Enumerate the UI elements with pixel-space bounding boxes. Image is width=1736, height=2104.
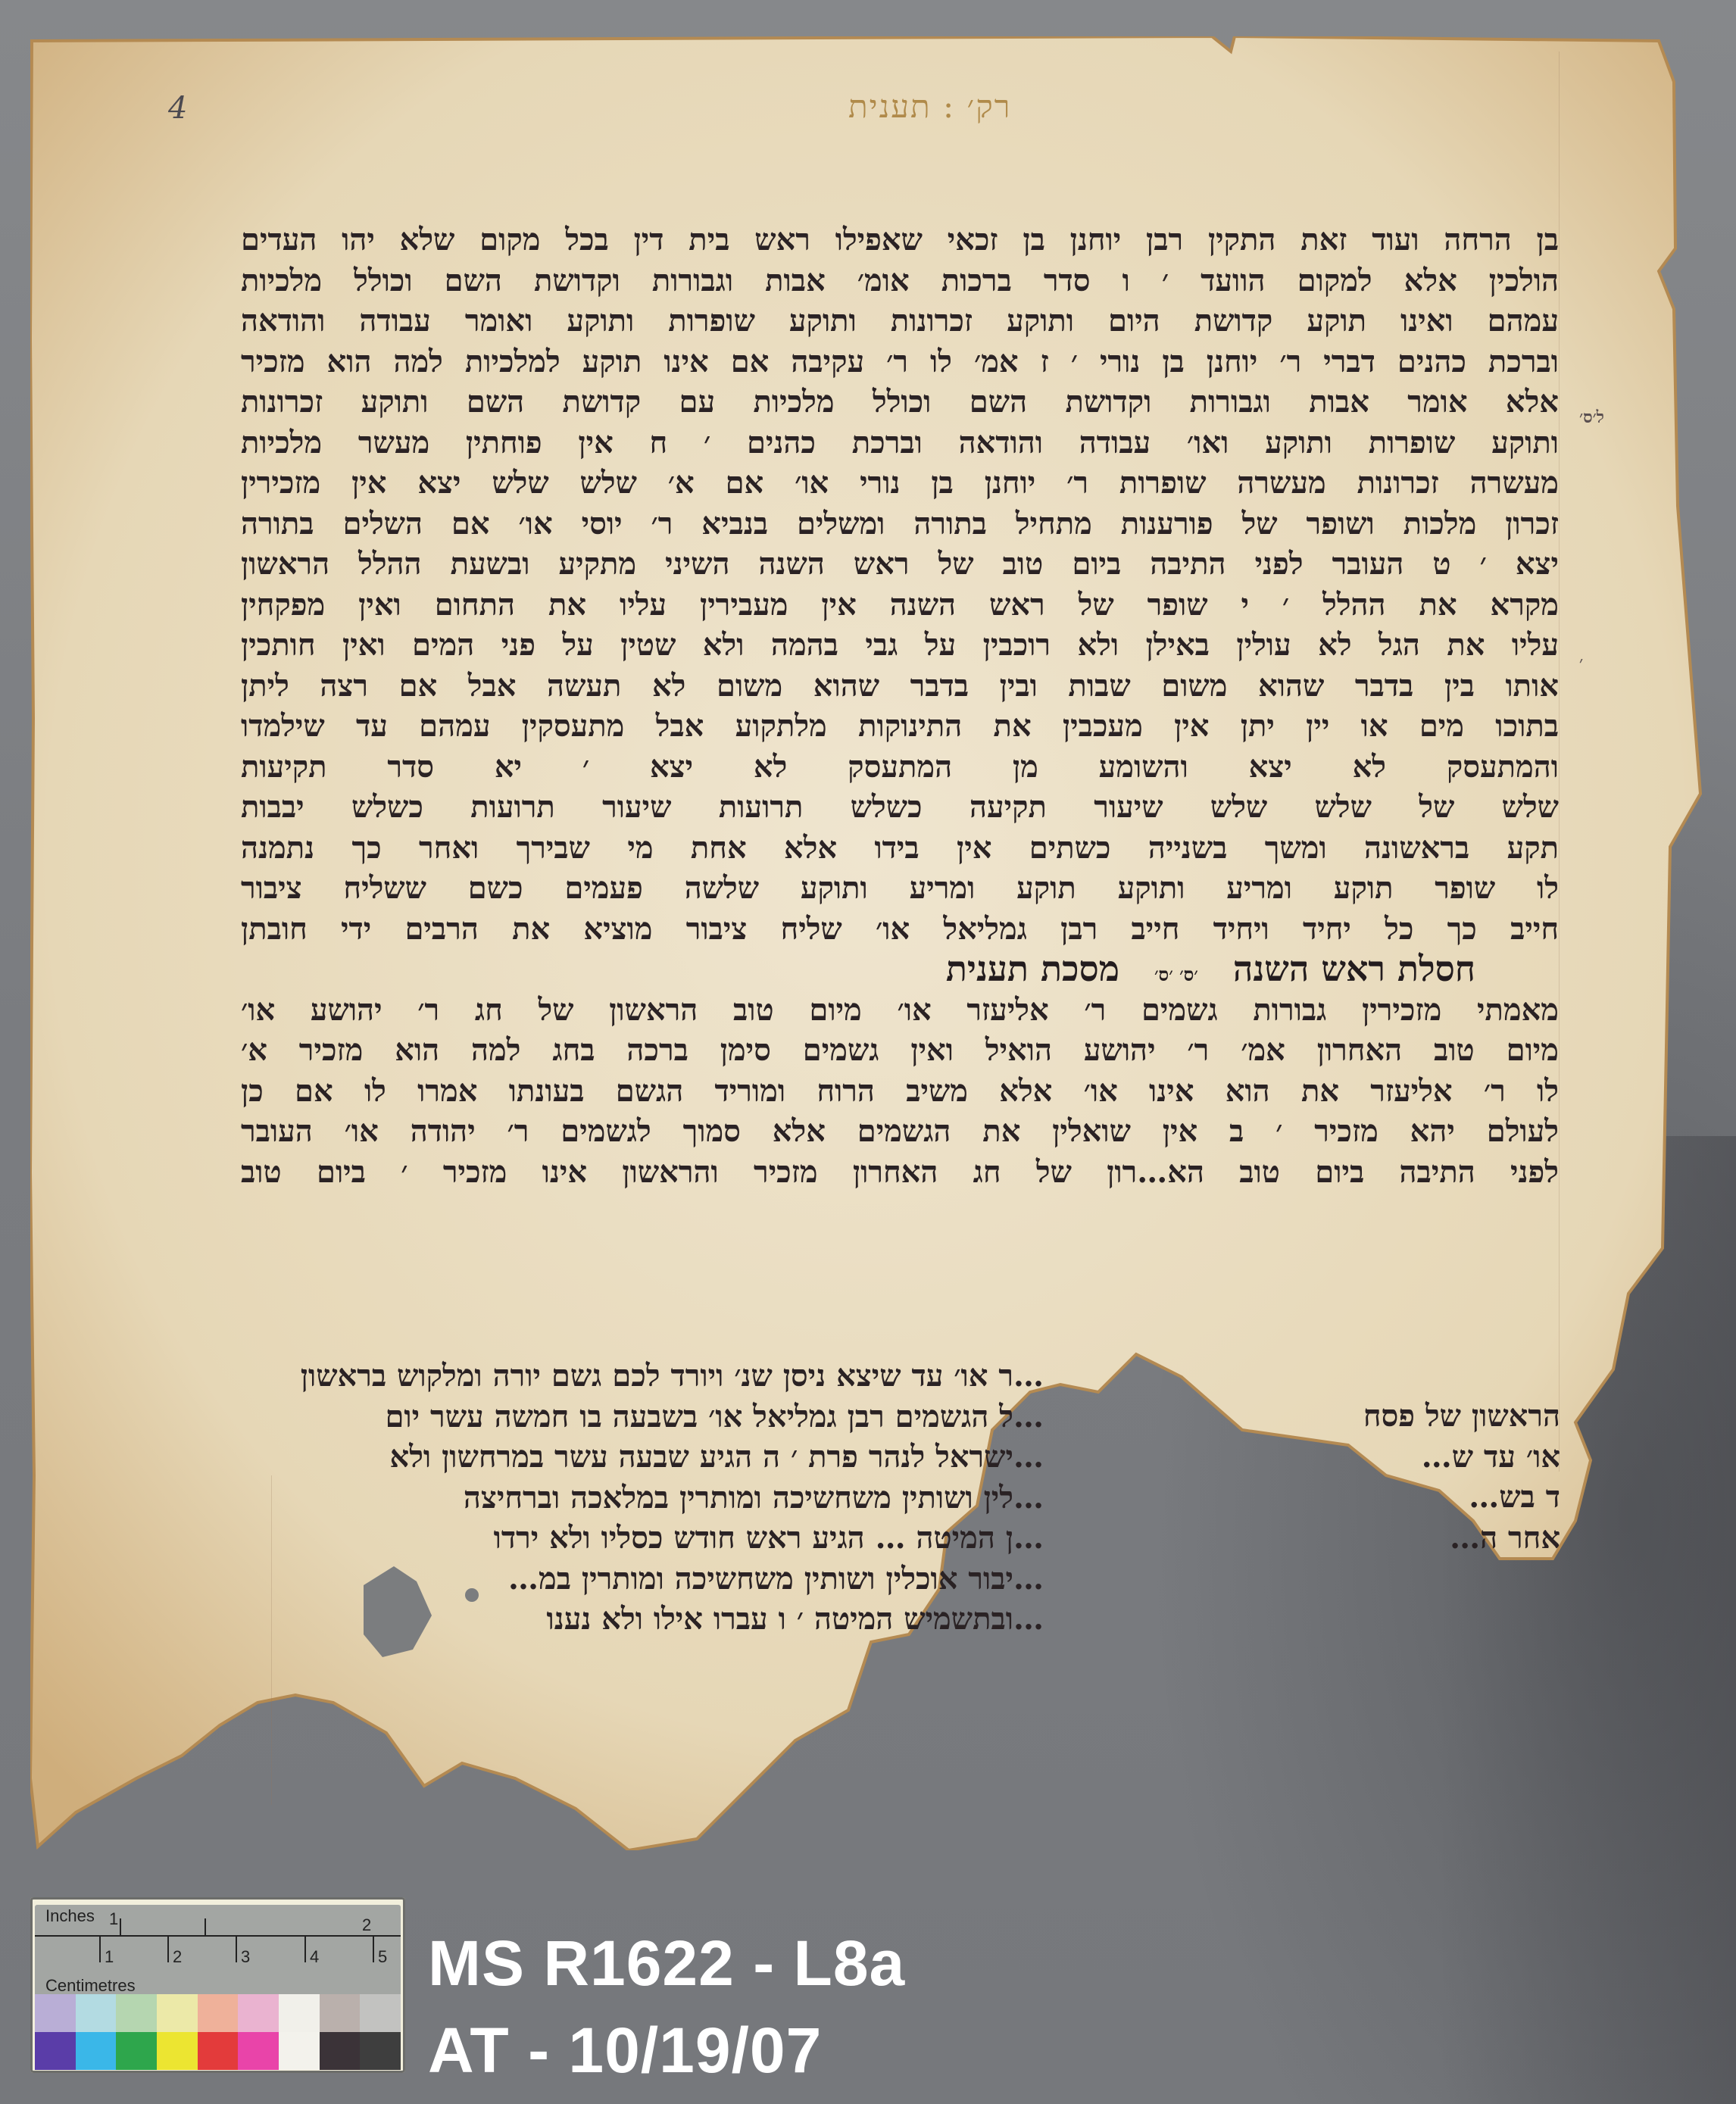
text-line: אחר ה… (1363, 1518, 1560, 1559)
text-line: שלש של שלש שלש שיעור תקיעה כשלש תרועות ש… (241, 787, 1559, 828)
text-line: עמהם ואינו תוקע קדושת היום ותוקע זכרונות… (241, 301, 1559, 342)
cm-tick-label: 4 (310, 1947, 319, 1967)
swatch-column (116, 1994, 157, 2070)
text-line: מעשרה זכרונות מעשרה שופרות ר׳ יוחנן בן נ… (241, 463, 1559, 504)
swatch-column (35, 1994, 76, 2070)
text-line: הראשון של פסח… (1363, 1396, 1560, 1437)
text-line: לפני התיבה ביום טוב הא…רון של חג האחרון … (241, 1152, 1559, 1193)
text-line: וברכת כהנים דברי ר׳ יוחנן בן נורי ׳ ז אמ… (241, 342, 1559, 382)
text-line: והמתעסק לא יצא והשומע מן המתעסק לא יצא ׳… (241, 747, 1559, 788)
swatch-column (360, 1994, 401, 2070)
swatch-column (238, 1994, 279, 2070)
swatch-column (279, 1994, 320, 2070)
text-line: אותו בין בדבר שהוא משום שבות ובין בדבר ש… (241, 666, 1559, 707)
catalog-photo-date: AT - 10/19/07 (428, 2018, 822, 2082)
text-line: תקע בראשונה ומשך בשנייה כשתים אין בידו א… (241, 828, 1559, 869)
text-line: לעולם יהא מזכיר ׳ ב אין שואלין את הגשמים… (241, 1111, 1559, 1152)
section-heading: חסלת ראש השנה ׳ס׳ ׳ס׳ מסכת תענית (241, 949, 1559, 990)
margin-note: ל׳ס׳ (1579, 407, 1604, 427)
text-line: לו ר׳ אליעזר את הוא אינו או׳ אלא משיב הר… (241, 1071, 1559, 1112)
text-line: מיום טוב האחרון אמ׳ ר׳ יהושע הואיל ואין … (241, 1030, 1559, 1071)
heading-start-tractate: מסכת תענית (946, 949, 1119, 989)
cm-tick-label: 2 (173, 1947, 182, 1967)
text-line: …ר או׳ עד שיצא ניסן שנ׳ ויורד לכם גשם יו… (241, 1356, 1044, 1397)
inches-label: Inches (45, 1906, 95, 1926)
color-scale-card: Inches 1 2 1 2 3 4 5 Centimetres (30, 1897, 405, 2073)
cm-tick-label: 1 (105, 1947, 114, 1967)
swatch-column (157, 1994, 198, 2070)
tick (304, 1935, 306, 1962)
color-swatches (35, 1994, 401, 2070)
text-line: מאמתי מזכירין גבורות גשמים ר׳ אליעזר או׳… (241, 990, 1559, 1031)
text-line: …לין ושותין משחשיכה ומותרין במלאכה וברחי… (241, 1478, 1044, 1519)
swatch-column (320, 1994, 361, 2070)
ruler-axis (35, 1935, 401, 1937)
running-head: רק׳ : תענית (848, 88, 1011, 126)
text-line: …ן המיטה … הגיע ראש חודש כסליו ולא ירדו (241, 1518, 1044, 1559)
text-line: אלא אומר אבות וגבורות וקדושת השם וכולל מ… (241, 382, 1559, 423)
inch-tick-label: 1 (109, 1909, 118, 1929)
ruler: Inches 1 2 1 2 3 4 5 Centimetres (35, 1905, 401, 1997)
tick (120, 1918, 121, 1935)
tick (373, 1935, 374, 1962)
text-line: זכרון מלכות ושופר של פורענות מתחיל בתורה… (241, 504, 1559, 545)
swatch-column (76, 1994, 117, 2070)
text-line: …ל הגשמים רבן גמליאל או׳ בשבעה בו חמשה ע… (241, 1397, 1044, 1438)
text-line: …ישראל לנהר פרת ׳ ה הגיע שבעה עשר במרחשו… (241, 1437, 1044, 1478)
cm-tick-label: 5 (378, 1947, 387, 1967)
catalog-shelfmark: MS R1622 - L8a (428, 1931, 905, 1995)
tick (205, 1918, 206, 1935)
text-line: ותוקע שופרות ותוקע ואו׳ עבודה והודאה ובר… (241, 423, 1559, 464)
inch-tick-label: 2 (362, 1915, 371, 1935)
main-text-block: בן הרחה ועוד זאת התקין רבן יוחנן בן זכאי… (241, 220, 1559, 1192)
heading-separator: ׳ס׳ ׳ס׳ (1132, 963, 1221, 985)
right-fragment-block: הראשון של פסח… או׳ עד ש… ד בש… אחר ה… (1363, 1396, 1560, 1558)
text-line: לו שופר תוקע ומריע ותוקע תוקע ומריע ותוק… (241, 868, 1559, 909)
text-line: הולכין אלא למקום הוועד ׳ ו סדר ברכות אומ… (241, 261, 1559, 301)
cm-tick-label: 3 (241, 1947, 250, 1967)
text-line: מקרא את ההלל ׳ י שופר של ראש השנה אין מע… (241, 585, 1559, 626)
pencil-folio-number: 4 (168, 91, 187, 126)
heading-end-tractate: חסלת ראש השנה (1233, 949, 1475, 989)
centimetres-label: Centimetres (45, 1976, 136, 1996)
margin-note: ׳ (1579, 653, 1583, 673)
text-line: בן הרחה ועוד זאת התקין רבן יוחנן בן זכאי… (241, 220, 1559, 261)
text-line: או׳ עד ש… (1363, 1437, 1560, 1478)
tick (99, 1935, 101, 1962)
tick (167, 1935, 169, 1962)
ruling-line-right (1559, 52, 1560, 1472)
text-line: חייב כך כל יחיד ויחיד חייב רבן גמליאל או… (241, 909, 1559, 950)
text-line: יצא ׳ ט העובר לפני התיבה ביום טוב של ראש… (241, 544, 1559, 585)
swatch-column (198, 1994, 239, 2070)
text-line: …ובתשמיש המיטה ׳ ו עברו אילו ולא נענו (241, 1599, 1044, 1640)
text-line: בתוכו מים או יין יתן אין מעכבין את התינו… (241, 706, 1559, 747)
text-line: …יבור אוכלין ושותין משחשיכה ומותרין במ… (241, 1559, 1044, 1600)
left-fragment-block: …ר או׳ עד שיצא ניסן שנ׳ ויורד לכם גשם יו… (241, 1356, 1044, 1640)
tick (236, 1935, 237, 1962)
text-line: עליו את הגל לא עולין באילן ולא רוכבין על… (241, 625, 1559, 666)
text-line: ד בש… (1363, 1477, 1560, 1518)
